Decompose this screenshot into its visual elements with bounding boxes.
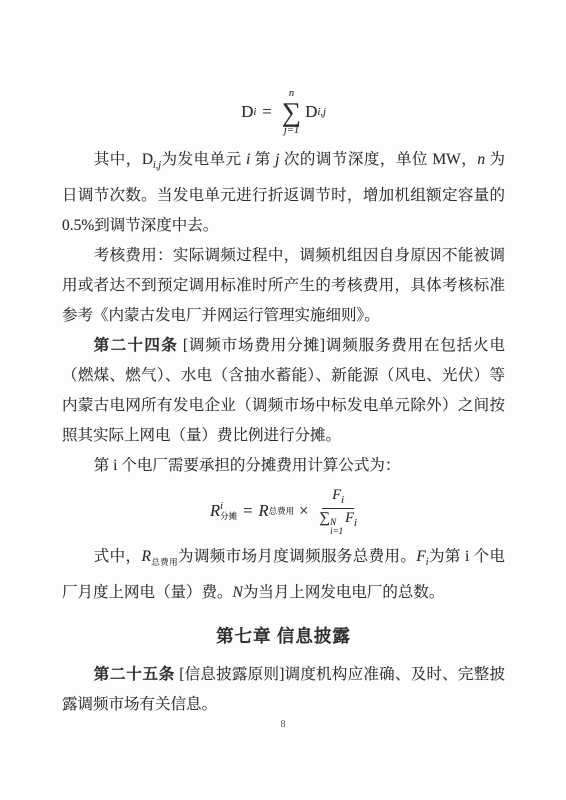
fraction-numerator: Fi <box>322 487 354 509</box>
paragraph-depth-definition: 其中，Di,j为发电单元 i 第 j 次的调节深度，单位 MW，n 为日调节次数… <box>62 145 505 241</box>
formula1-lhs: D <box>241 102 253 122</box>
var-F-sub: i <box>341 495 344 506</box>
var-R-total-sub: 总费用 <box>269 505 295 517</box>
multiply-sign: × <box>299 501 308 521</box>
var-F-den-sub: i <box>354 518 357 529</box>
article-24: 第二十四条 [调频市场费用分摊]调频服务费用在包括火电（燃煤、燃气）、水电（含抽… <box>62 331 505 451</box>
article-25-label: 第二十五条 <box>94 666 175 683</box>
var-R-supsub: i 分摊 <box>220 502 237 521</box>
var-F: F <box>332 487 341 503</box>
sigma-icon: ∑ <box>282 100 301 126</box>
text-run: 第 <box>250 151 275 168</box>
var-D-sub: i,j <box>153 160 161 171</box>
formula-fee-allocation: R i 分摊 = R总费用 × Fi ∑Ni=1Fi <box>62 487 505 536</box>
formula1-equals: = <box>262 102 272 122</box>
paragraph-formula-intro: 第 i 个电厂需要承担的分摊费用计算公式为： <box>62 451 505 481</box>
var-R-legend: R <box>141 548 150 565</box>
article-24-label: 第二十四条 <box>94 337 178 354</box>
page-content: Di = n ∑ j=1 Di,j 其中，Di,j为发电单元 i 第 j 次的调… <box>62 86 505 720</box>
formula1-rhs-sub: i,j <box>317 107 325 118</box>
var-R-total: R <box>258 501 268 521</box>
text-run: 为调频市场月度调频服务总费用。 <box>178 548 416 565</box>
text-run: 其中， <box>94 151 142 168</box>
sigma-lower: i=1 <box>330 527 343 536</box>
chapter-7-heading: 第七章 信息披露 <box>62 620 505 652</box>
paragraph-assessment-fee: 考核费用：实际调频过程中，调频机组因自身原因不能被调用或者达不到预定调用标准时所… <box>62 241 505 331</box>
text-run: 式中， <box>94 548 142 565</box>
formula1-lhs-sub: i <box>253 107 256 118</box>
fraction-denominator: ∑Ni=1Fi <box>319 509 357 536</box>
formula2-equals: = <box>243 501 252 521</box>
var-R-legend-sub: 总费用 <box>151 557 178 567</box>
page-number: 8 <box>0 719 566 730</box>
text-run: 次的调节深度，单位 MW， <box>279 151 477 168</box>
text-run: 为发电单元 <box>161 151 246 168</box>
var-D: D <box>142 151 153 168</box>
var-F-legend: F <box>416 548 425 565</box>
paragraph-formula-legend: 式中，R总费用为调频市场月度调频服务总费用。Fi为第 i 个电厂月度上网电（量）… <box>62 542 505 608</box>
document-page: Di = n ∑ j=1 Di,j 其中，Di,j为发电单元 i 第 j 次的调… <box>0 0 566 800</box>
formula-regulation-depth: Di = n ∑ j=1 Di,j <box>62 88 505 137</box>
formula1-rhs: D <box>305 102 317 122</box>
var-R-allocated: R <box>210 501 220 521</box>
sigma-lower-limit: j=1 <box>284 125 299 137</box>
inline-sigma-limits: Ni=1 <box>330 518 343 536</box>
inline-sigma-icon: ∑ <box>319 510 330 526</box>
sigma-operator: n ∑ j=1 <box>282 88 301 137</box>
text-run: 为当月上网发电电厂的总数。 <box>243 584 445 601</box>
var-R-sub: 分摊 <box>220 512 237 521</box>
article-25: 第二十五条 [信息披露原则]调度机构应准确、及时、完整披露调频市场有关信息。 <box>62 660 505 720</box>
var-n: n <box>477 151 485 168</box>
var-N-legend: N <box>233 584 243 601</box>
var-F-den: F <box>345 510 354 526</box>
fraction: Fi ∑Ni=1Fi <box>319 487 357 536</box>
